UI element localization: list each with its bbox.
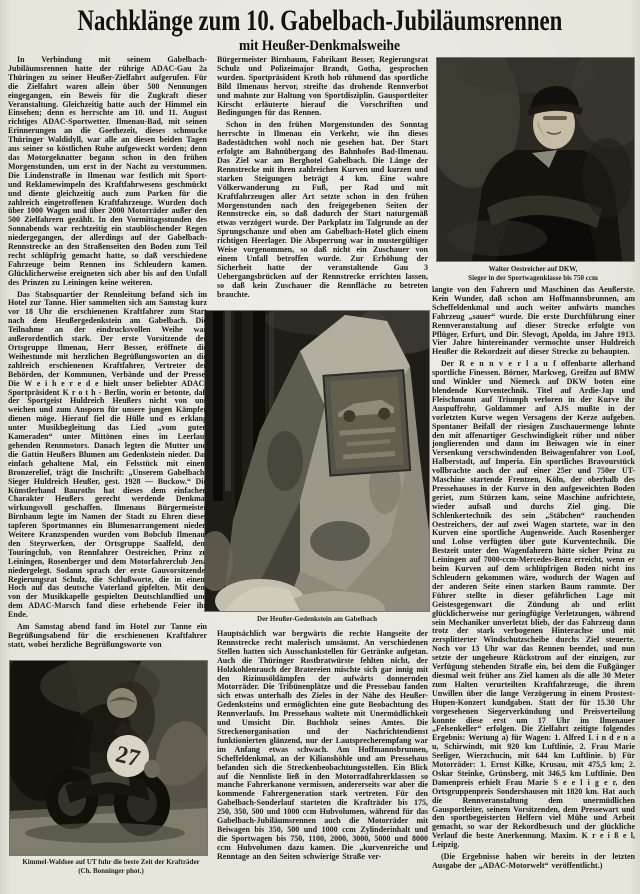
kimmel-caption: Kimmel-Waldsee auf UT fuhr die beste Zei…	[0, 858, 222, 875]
paragraph: Schon in den frühen Morgenstunden des So…	[217, 121, 428, 299]
caption-line: (Ch. Bonninger phot.)	[0, 867, 222, 876]
text-column-left: In Verbindung mit seinem Gabelbach-Jubil…	[8, 56, 207, 660]
oestreicher-portrait-illustration	[437, 58, 634, 261]
paragraph: In Verbindung mit seinem Gabelbach-Jubil…	[8, 56, 207, 288]
newspaper-page: Nachklänge zum 10. Gabelbach-Jubiläumsre…	[0, 0, 640, 894]
paragraph: Das Stabsquartier der Rennleitung befand…	[8, 291, 207, 621]
gedenkstein-caption: Der Heußer-Gedenkstein am Gabelbach	[205, 615, 429, 624]
paragraph: langte von den Fahrern und Maschinen das…	[432, 286, 635, 357]
page-subtitle: mit Heußer-Denkmalsweihe	[0, 39, 640, 54]
text-column-right: langte von den Fahrern und Maschinen das…	[432, 286, 635, 894]
text-column-middle-top: Bürgermeister Birnbaum, Fabrikant Besser…	[217, 56, 428, 310]
caption-line: Walter Oestreicher auf DKW,	[428, 265, 638, 274]
gedenkstein-illustration	[205, 311, 429, 611]
article-header: Nachklänge zum 10. Gabelbach-Jubiläumsre…	[0, 6, 640, 54]
paragraph: (Die Ergebnisse haben wir bereits in der…	[432, 853, 635, 871]
paragraph: Der R e n n v e r l a u f offenbarte all…	[432, 360, 635, 850]
photo-heusser-gedenkstein	[205, 311, 429, 611]
caption-line: Sieger in der Sportwagenklasse bis 750 c…	[428, 274, 638, 283]
oestreicher-caption: Walter Oestreicher auf DKW, Sieger in de…	[428, 265, 638, 282]
text-column-middle-bottom: Hauptsächlich war bergwärts die rechte H…	[217, 630, 428, 894]
caption-line: Kimmel-Waldsee auf UT fuhr die beste Zei…	[0, 858, 222, 867]
page-title: Nachklänge zum 10. Gabelbach-Jubiläumsre…	[0, 6, 640, 36]
photo-walter-oestreicher	[437, 58, 634, 261]
paragraph: Bürgermeister Birnbaum, Fabrikant Besser…	[217, 56, 428, 118]
paragraph: Am Samstag abend fand im Hotel zur Tanne…	[8, 623, 207, 650]
paragraph: Hauptsächlich war bergwärts die rechte H…	[217, 630, 428, 862]
photo-kimmel-waldsee: 27	[10, 661, 207, 855]
caption-line: Der Heußer-Gedenkstein am Gabelbach	[205, 615, 429, 624]
kimmel-racer-illustration: 27	[10, 661, 207, 855]
